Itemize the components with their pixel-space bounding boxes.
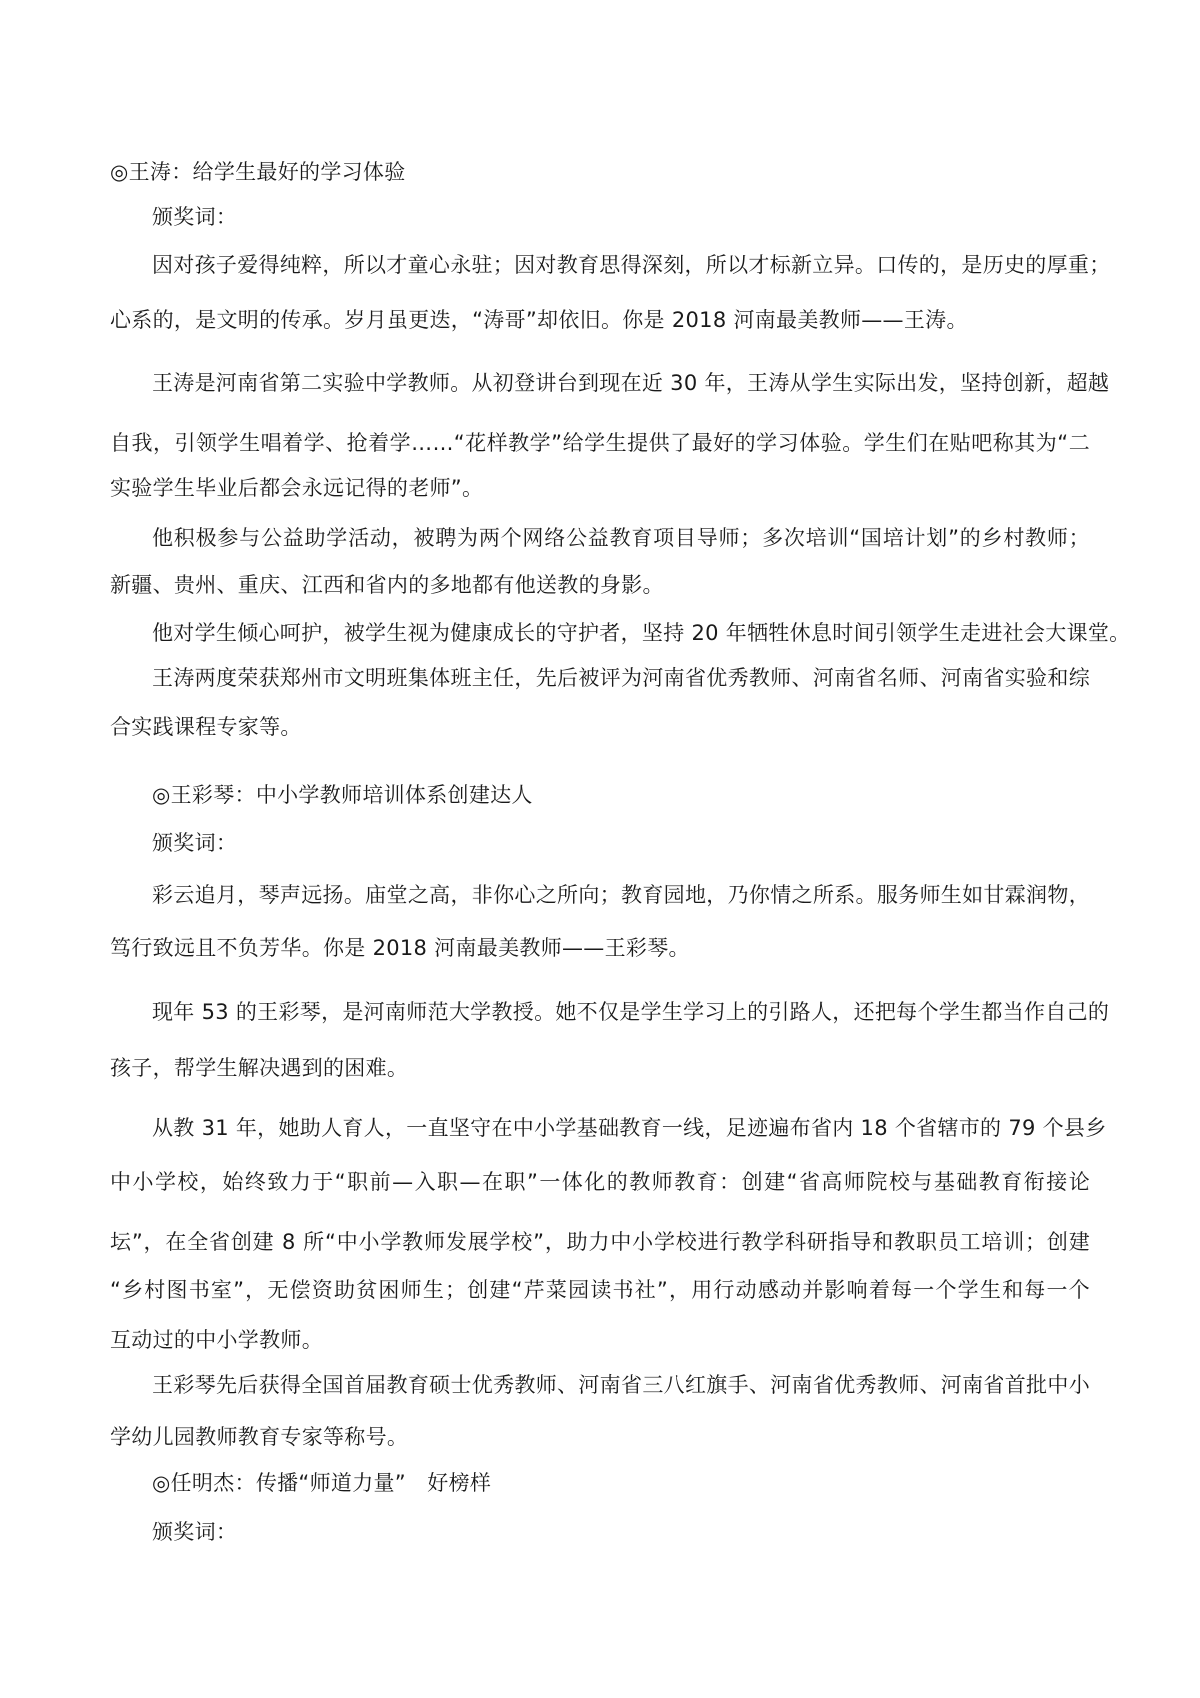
paragraph-line: 新疆、贵州、重庆、江西和省内的多地都有他送教的身影。 [110, 571, 1090, 599]
paragraph-line: 孩子，帮学生解决遇到的困难。 [110, 1054, 1090, 1082]
paragraph-line: 王涛两度荣获郑州市文明班集体班主任，先后被评为河南省优秀教师、河南省名师、河南省… [152, 664, 1090, 692]
paragraph-line: 实验学生毕业后都会永远记得的老师”。 [110, 474, 1090, 502]
award-label: 颁奖词： [152, 1518, 1090, 1546]
award-label: 颁奖词： [152, 203, 1090, 231]
award-label: 颁奖词： [152, 829, 1090, 857]
section-heading-wang-caiqin: ◎王彩琴：中小学教师培训体系创建达人 [152, 781, 1090, 809]
paragraph-line: 合实践课程专家等。 [110, 713, 1090, 741]
paragraph-line: “乡村图书室”，无偿资助贫困师生；创建“芹菜园读书社”，用行动感动并影响着每一个… [110, 1276, 1090, 1304]
paragraph-line: 现年 53 的王彩琴，是河南师范大学教授。她不仅是学生学习上的引路人，还把每个学… [152, 998, 1090, 1026]
paragraph-line: 王涛是河南省第二实验中学教师。从初登讲台到现在近 30 年，王涛从学生实际出发，… [152, 369, 1090, 397]
paragraph-line: 从教 31 年，她助人育人，一直坚守在中小学基础教育一线，足迹遍布省内 18 个… [152, 1114, 1090, 1142]
paragraph-line: 王彩琴先后获得全国首届教育硕士优秀教师、河南省三八红旗手、河南省优秀教师、河南省… [152, 1371, 1090, 1399]
section-heading-ren-mingjie: ◎任明杰：传播“师道力量” 好榜样 [152, 1469, 1090, 1497]
paragraph-line: 学幼儿园教师教育专家等称号。 [110, 1423, 1090, 1451]
award-text-line: 因对孩子爱得纯粹，所以才童心永驻；因对教育思得深刻，所以才标新立异。口传的，是历… [152, 251, 1090, 279]
award-text-line: 彩云追月，琴声远扬。庙堂之高，非你心之所向；教育园地，乃你情之所系。服务师生如甘… [152, 881, 1090, 909]
award-text-line: 心系的，是文明的传承。岁月虽更迭，“涛哥”却依旧。你是 2018 河南最美教师—… [110, 306, 1090, 334]
paragraph-line: 他积极参与公益助学活动，被聘为两个网络公益教育项目导师；多次培训“国培计划”的乡… [152, 524, 1090, 552]
paragraph-line: 坛”，在全省创建 8 所“中小学教师发展学校”，助力中小学校进行教学科研指导和教… [110, 1228, 1090, 1256]
paragraph-line: 互动过的中小学教师。 [110, 1326, 1090, 1354]
paragraph-line: 他对学生倾心呵护，被学生视为健康成长的守护者，坚持 20 年牺牲休息时间引领学生… [152, 619, 1090, 647]
document-page: ◎王涛：给学生最好的学习体验 颁奖词： 因对孩子爱得纯粹，所以才童心永驻；因对教… [0, 0, 1200, 1698]
paragraph-line: 自我，引领学生唱着学、抢着学……“花样教学”给学生提供了最好的学习体验。学生们在… [110, 429, 1090, 457]
award-text-line: 笃行致远且不负芳华。你是 2018 河南最美教师——王彩琴。 [110, 934, 1090, 962]
paragraph-line: 中小学校，始终致力于“职前—入职—在职”一体化的教师教育：创建“省高师院校与基础… [110, 1168, 1090, 1196]
section-heading-wang-tao: ◎王涛：给学生最好的学习体验 [110, 158, 1090, 186]
